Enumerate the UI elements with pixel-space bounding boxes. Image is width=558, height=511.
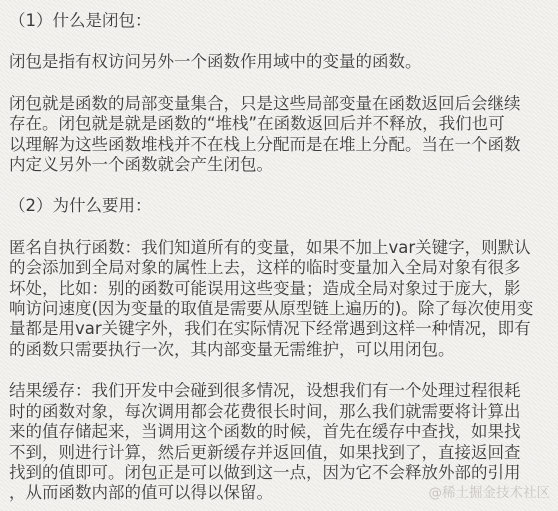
heading-why-use-closure: （2）为什么要用：: [9, 196, 549, 216]
watermark-juejin-community: @稀土掘金技术社区: [429, 487, 551, 501]
paragraph-closure-explanation: 闭包就是函数的局部变量集合，只是这些局部变量在函数返回后会继续 存在。闭包就是就…: [9, 94, 549, 176]
paragraph-anonymous-self-executing-function: 匿名自执行函数：我们知道所有的变量，如果不加上var关键字，则默认 的会添加到全…: [9, 238, 549, 360]
article-page: （1）什么是闭包： 闭包是指有权访问另外一个函数作用域中的变量的函数。 闭包就是…: [0, 0, 558, 511]
heading-what-is-closure: （1）什么是闭包：: [9, 11, 549, 31]
paragraph-closure-definition: 闭包是指有权访问另外一个函数作用域中的变量的函数。: [9, 52, 549, 72]
